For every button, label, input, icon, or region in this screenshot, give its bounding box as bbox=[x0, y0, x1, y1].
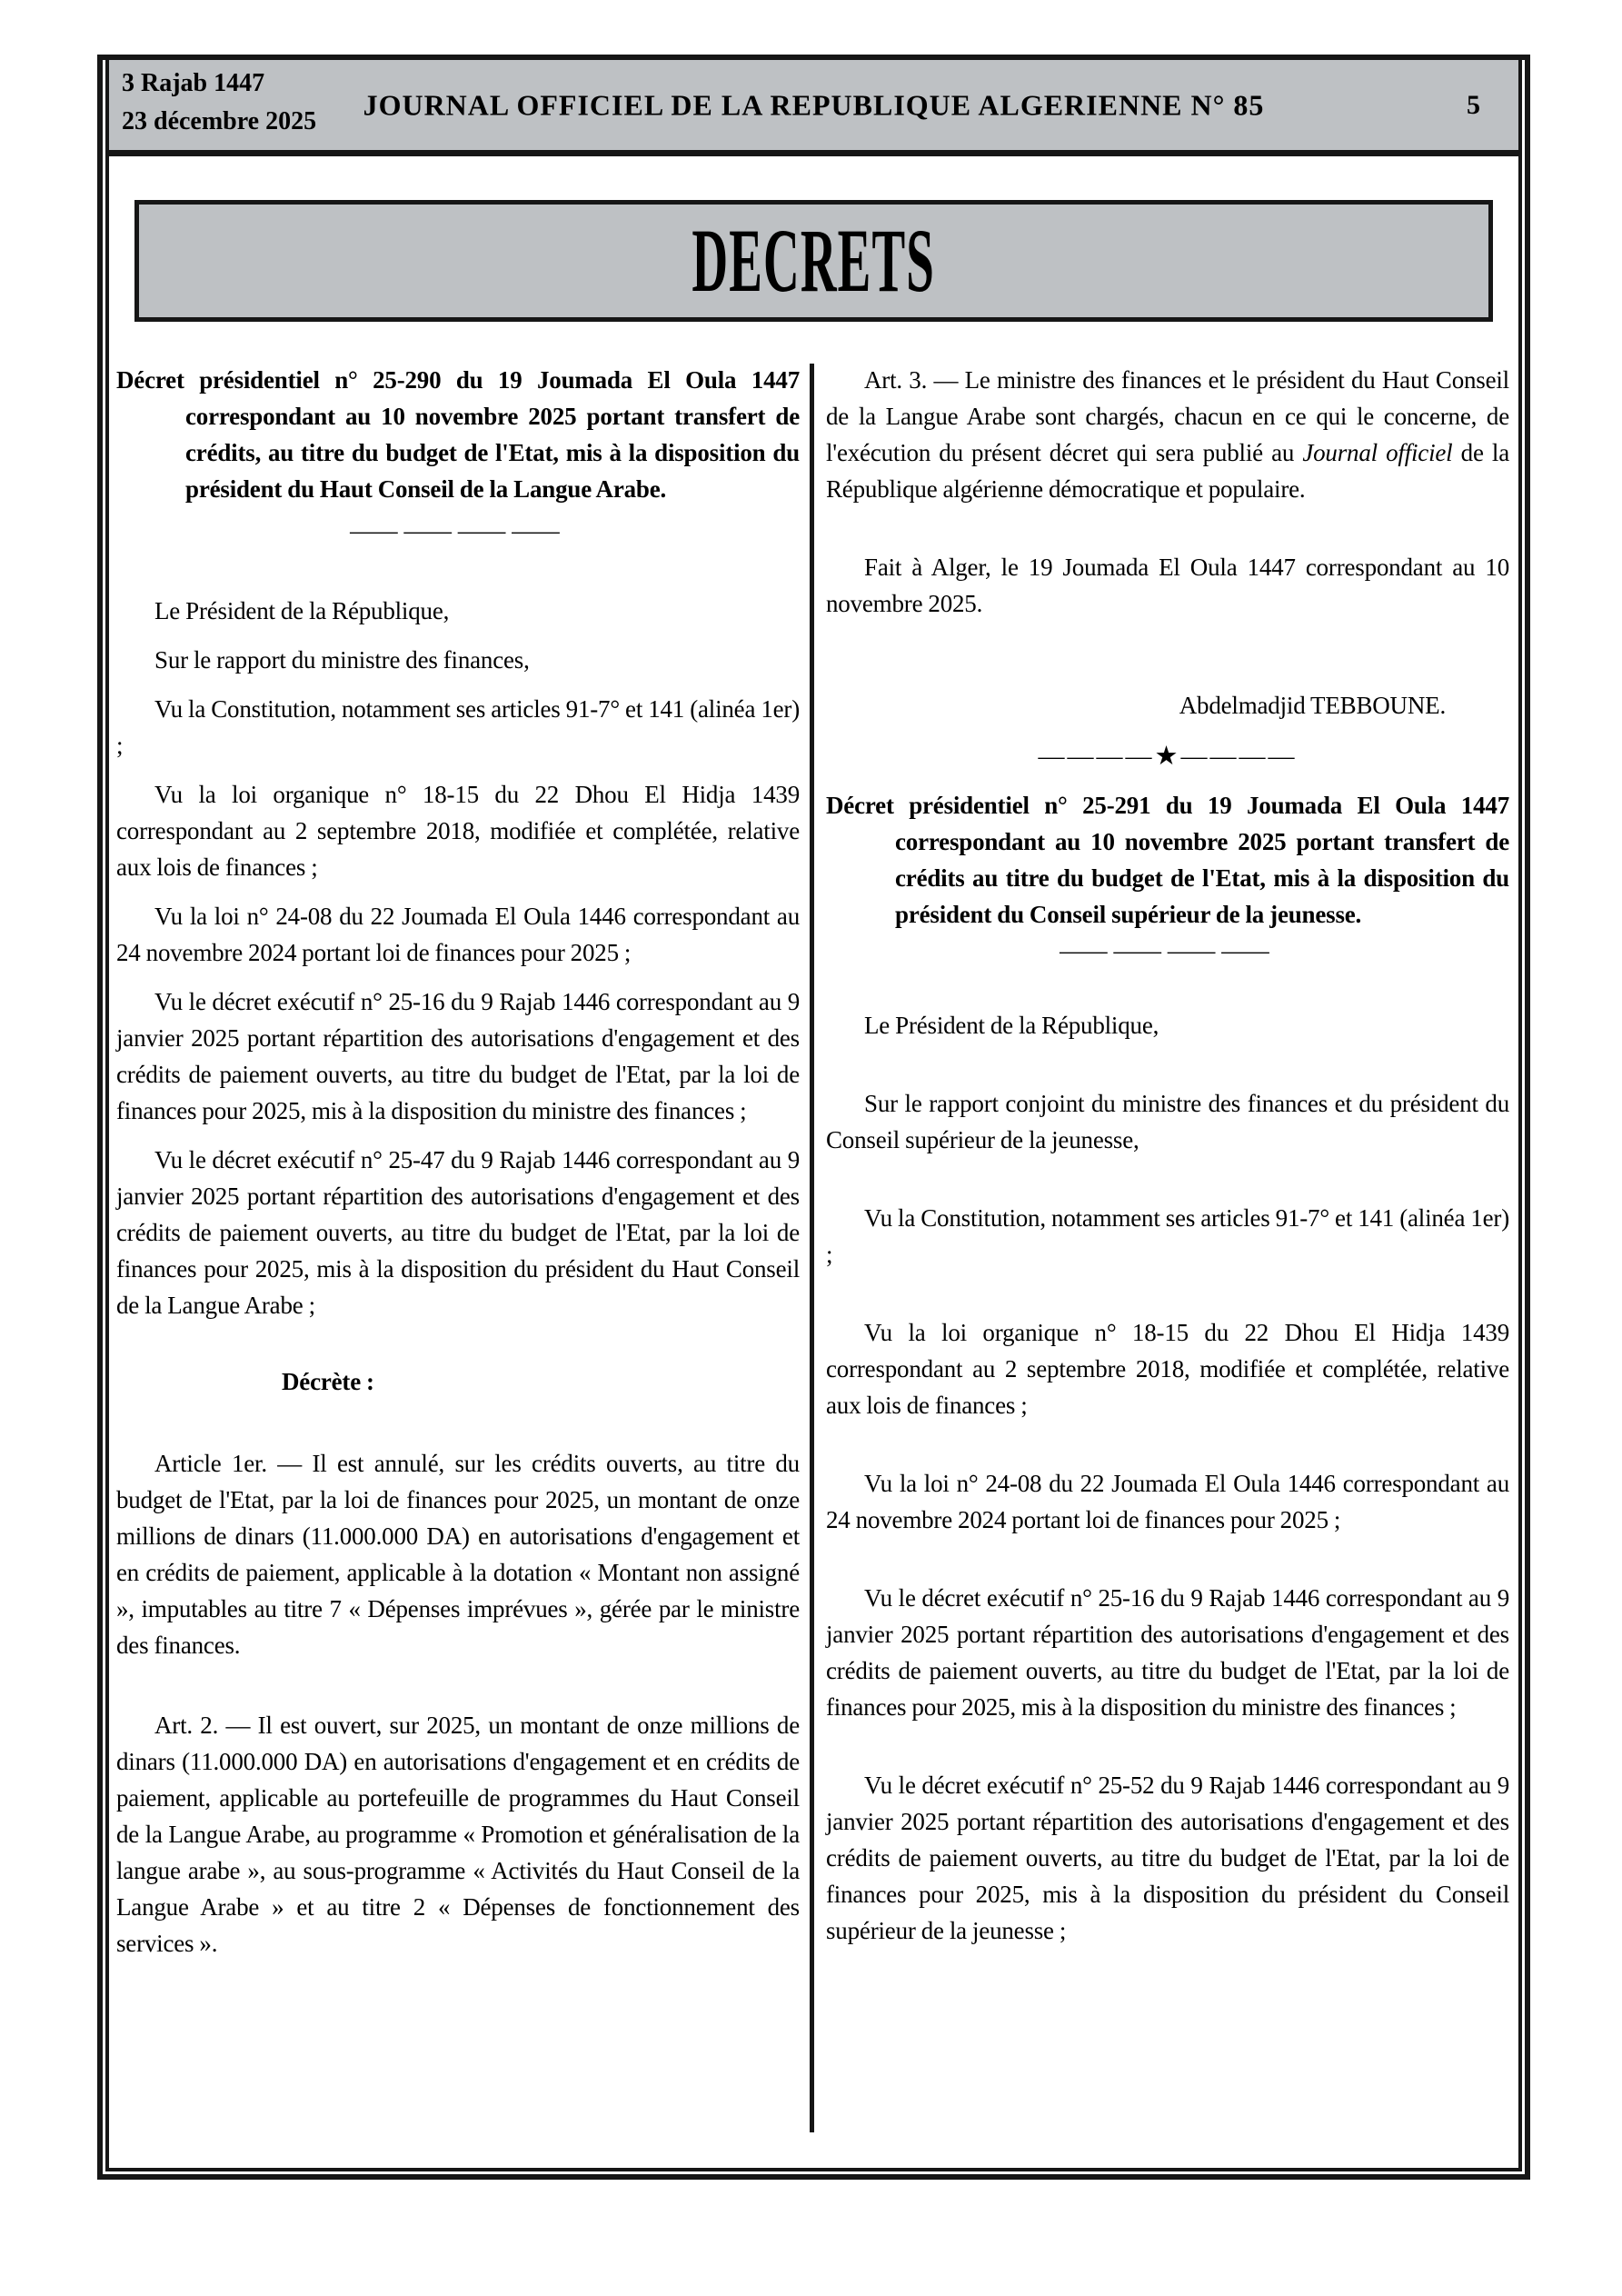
signature-line: Abdelmadjid TEBBOUNE. bbox=[826, 687, 1509, 724]
body-paragraph: Le Président de la République, bbox=[826, 1007, 1509, 1043]
dash-divider: ———— bbox=[552, 933, 1622, 969]
body-paragraph: Vu le décret exécutif n° 25-16 du 9 Raja… bbox=[116, 983, 800, 1129]
page-frame: 3 Rajab 1447 23 décembre 2025 JOURNAL OF… bbox=[97, 55, 1530, 2180]
body-paragraph: Sur le rapport du ministre des finances, bbox=[116, 642, 800, 678]
page-number: 5 bbox=[1467, 90, 1480, 121]
body-paragraph: Article 1er. — Il est annulé, sur les cr… bbox=[116, 1445, 800, 1663]
left-column: Décret présidentiel n° 25-290 du 19 Joum… bbox=[116, 362, 810, 2132]
decrete-label: Décrète : bbox=[282, 1363, 800, 1400]
hijri-date: 3 Rajab 1447 bbox=[122, 65, 316, 103]
decree-heading-paragraph: Décret présidentiel n° 25-290 du 19 Joum… bbox=[116, 362, 800, 507]
body-paragraph: Vu le décret exécutif n° 25-47 du 9 Raja… bbox=[116, 1142, 800, 1323]
right-column: Art. 3. — Le ministre des finances et le… bbox=[814, 362, 1509, 2132]
body-paragraph: Vu la Constitution, notamment ses articl… bbox=[116, 691, 800, 764]
two-column-text: Décret présidentiel n° 25-290 du 19 Joum… bbox=[116, 362, 1509, 2132]
header-dates: 3 Rajab 1447 23 décembre 2025 bbox=[122, 65, 316, 141]
italic-text-run: Journal officiel bbox=[1302, 439, 1452, 466]
body-paragraph: Fait à Alger, le 19 Joumada El Oula 1447… bbox=[826, 549, 1509, 622]
gregorian-date: 23 décembre 2025 bbox=[122, 103, 316, 141]
page-inner-frame: 3 Rajab 1447 23 décembre 2025 JOURNAL OF… bbox=[105, 60, 1522, 2171]
journal-title: JOURNAL OFFICIEL DE LA REPUBLIQUE ALGERI… bbox=[363, 88, 1265, 122]
dash-divider: ———— bbox=[0, 513, 1073, 549]
body-paragraph: Vu la loi n° 24-08 du 22 Joumada El Oula… bbox=[826, 1465, 1509, 1538]
body-paragraph: Art. 2. — Il est ouvert, sur 2025, un mo… bbox=[116, 1707, 800, 1962]
body-paragraph: Art. 3. — Le ministre des finances et le… bbox=[826, 362, 1509, 507]
body-paragraph: Le Président de la République, bbox=[116, 593, 800, 629]
section-banner-title: DECRETS bbox=[692, 215, 936, 306]
header-band: 3 Rajab 1447 23 décembre 2025 JOURNAL OF… bbox=[109, 60, 1518, 156]
decree-heading-paragraph: Décret présidentiel n° 25-291 du 19 Joum… bbox=[826, 787, 1509, 933]
body-paragraph: Sur le rapport conjoint du ministre des … bbox=[826, 1085, 1509, 1158]
section-banner: DECRETS bbox=[134, 200, 1493, 322]
body-paragraph: Vu la loi organique n° 18-15 du 22 Dhou … bbox=[826, 1314, 1509, 1423]
body-paragraph: Vu la Constitution, notamment ses articl… bbox=[826, 1200, 1509, 1273]
body-paragraph: Vu le décret exécutif n° 25-16 du 9 Raja… bbox=[826, 1580, 1509, 1725]
body-paragraph: Vu le décret exécutif n° 25-52 du 9 Raja… bbox=[826, 1767, 1509, 1949]
star-divider: ————★———— bbox=[826, 738, 1509, 774]
body-paragraph: Vu la loi organique n° 18-15 du 22 Dhou … bbox=[116, 776, 800, 885]
